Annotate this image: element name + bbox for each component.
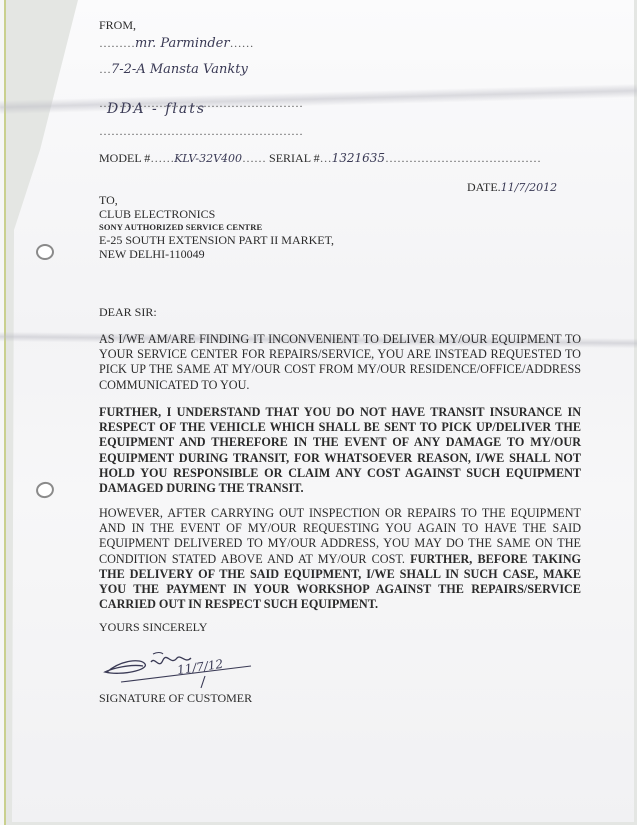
model-serial-row: MODEL #……KLV-32V400…… SERIAL #…1321635……… [99,151,541,166]
paragraph-pickup-request: AS I/WE AM/ARE FINDING IT INCONVENIENT T… [99,332,581,393]
from-line-3-text: DDA - flats [107,101,206,117]
from-line-2: …7-2-A Mansta Vankty [99,62,248,77]
recipient-address-line2: NEW DELHI-110049 [99,247,205,262]
recipient-address-line1: E-25 SOUTH EXTENSION PART II MARKET, [99,233,334,248]
recipient-name: CLUB ELECTRONICS [99,207,215,222]
signature-label: SIGNATURE OF CUSTOMER [99,691,252,706]
paragraph-delivery-payment: HOWEVER, AFTER CARRYING OUT INSPECTION O… [99,506,581,612]
date-label: DATE. [467,180,501,194]
from-locality-handwritten: DDA - flats [107,101,206,117]
recipient-subtitle: SONY AUTHORIZED SERVICE CENTRE [99,222,262,232]
from-label: FROM, [99,18,136,33]
model-label: MODEL # [99,151,150,165]
from-line-1: ………mr. Parminder…… [99,36,254,51]
to-label: TO, [99,193,118,208]
from-name-handwritten: mr. Parminder [135,36,230,51]
closing: YOURS SINCERELY [99,620,207,635]
serial-label: SERIAL # [269,151,320,165]
from-line-4: …………………………………………… [99,124,303,139]
salutation: DEAR SIR: [99,305,157,320]
date-value: 11/7/2012 [501,181,557,194]
paragraph-transit-insurance: FURTHER, I UNDERSTAND THAT YOU DO NOT HA… [99,405,581,496]
from-address-handwritten: 7-2-A Mansta Vankty [111,62,248,77]
serial-value: 1321635 [332,151,385,165]
date-row: DATE.11/7/2012 [467,180,557,195]
model-value: KLV-32V400 [174,152,242,165]
punch-hole-icon [36,244,54,260]
